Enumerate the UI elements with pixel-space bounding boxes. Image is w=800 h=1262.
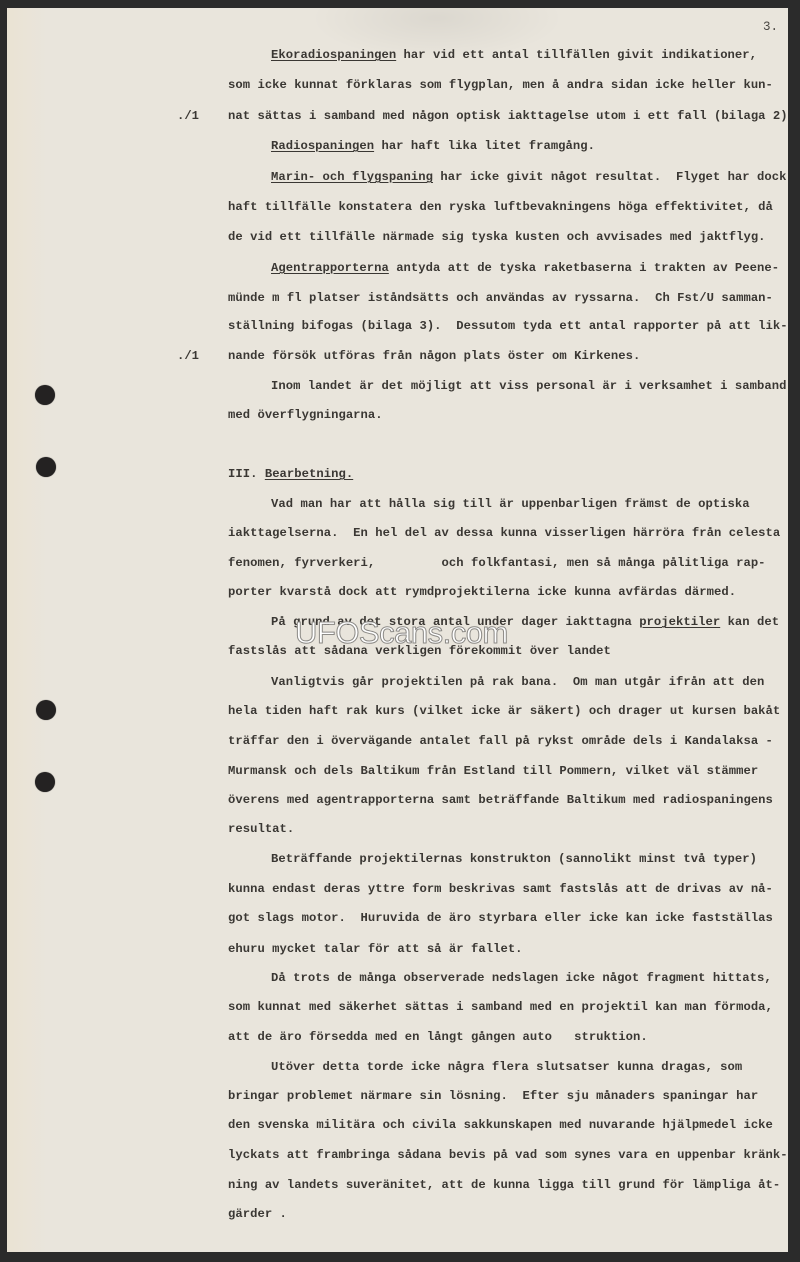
line-text: den svenska militära och civila sakkunsk… [228, 1118, 773, 1132]
line-text: hela tiden haft rak kurs (vilket icke är… [228, 704, 780, 718]
text-line: hela tiden haft rak kurs (vilket icke är… [228, 703, 780, 719]
line-text: de vid ett tillfälle närmade sig tyska k… [228, 230, 766, 244]
underlined-heading: Ekoradiospaningen [271, 48, 396, 62]
line-text: Beträffande projektilernas konstrukton (… [271, 852, 757, 866]
line-text: Inom landet är det möjligt att viss pers… [271, 379, 786, 393]
line-text: gärder . [228, 1207, 287, 1221]
text-line: som kunnat med säkerhet sättas i samband… [228, 999, 773, 1015]
text-line: Radiospaningen har haft lika litet framg… [271, 138, 595, 154]
line-text: iakttagelserna. En hel del av dessa kunn… [228, 526, 780, 540]
line-text: som kunnat med säkerhet sättas i samband… [228, 1000, 773, 1014]
line-text: nande försök utföras från någon plats ös… [228, 349, 640, 363]
line-text: kunna endast deras yttre form beskrivas … [228, 882, 773, 896]
text-line: bringar problemet närmare sin lösning. E… [228, 1088, 758, 1104]
line-text: nat sättas i samband med någon optisk ia… [228, 109, 788, 123]
punch-hole [35, 772, 55, 792]
line-text: got slags motor. Huruvida de äro styrbar… [228, 911, 773, 925]
margin-reference-mark: ./1 [177, 348, 199, 364]
text-line: som icke kunnat förklaras som flygplan, … [228, 77, 773, 93]
line-text: kan det [720, 615, 779, 629]
underlined-heading: Bearbetning. [265, 467, 353, 481]
watermark: UFOScans.com [295, 615, 508, 651]
text-line: Beträffande projektilernas konstrukton (… [271, 851, 757, 867]
margin-reference-mark: ./1 [177, 108, 199, 124]
text-line: resultat. [228, 821, 294, 837]
document-page: 3. Ekoradiospaningen har vid ett antal t… [7, 8, 788, 1252]
line-text: porter kvarstå dock att rymdprojektilern… [228, 585, 736, 599]
text-line: nat sättas i samband med någon optisk ia… [228, 108, 788, 124]
line-text: fenomen, fyrverkeri, och folkfantasi, me… [228, 556, 766, 570]
line-text: haft tillfälle konstatera den ryska luft… [228, 200, 773, 214]
line-text: III. [228, 467, 265, 481]
text-line: haft tillfälle konstatera den ryska luft… [228, 199, 773, 215]
underlined-heading: Marin- och flygspaning [271, 170, 433, 184]
line-text: ning av landets suveränitet, att de kunn… [228, 1178, 780, 1192]
line-text: ställning bifogas (bilaga 3). Dessutom t… [228, 319, 788, 333]
text-line: Marin- och flygspaning har icke givit nå… [271, 169, 786, 185]
text-line: got slags motor. Huruvida de äro styrbar… [228, 910, 773, 926]
text-line: lyckats att frambringa sådana bevis på v… [228, 1147, 788, 1163]
text-line: iakttagelserna. En hel del av dessa kunn… [228, 525, 780, 541]
line-text: har vid ett antal tillfällen givit indik… [396, 48, 757, 62]
line-text: med överflygningarna. [228, 408, 383, 422]
line-text: Vad man har att hålla sig till är uppenb… [271, 497, 750, 511]
line-text: Murmansk och dels Baltikum från Estland … [228, 764, 758, 778]
page-number: 3. [763, 20, 778, 34]
line-text: att de äro försedda med en långt gången … [228, 1030, 648, 1044]
text-line: med överflygningarna. [228, 407, 383, 423]
text-line: Utöver detta torde icke några flera slut… [271, 1059, 742, 1075]
punch-hole [35, 385, 55, 405]
text-line: ställning bifogas (bilaga 3). Dessutom t… [228, 318, 788, 334]
line-text: münde m fl platser iståndsätts och använ… [228, 291, 773, 305]
line-text: resultat. [228, 822, 294, 836]
line-text: Då trots de många observerade nedslagen … [271, 971, 772, 985]
text-line: Murmansk och dels Baltikum från Estland … [228, 763, 758, 779]
line-text: antyda att de tyska raketbaserna i trakt… [389, 261, 779, 275]
line-text: Utöver detta torde icke några flera slut… [271, 1060, 742, 1074]
text-line: Vad man har att hålla sig till är uppenb… [271, 496, 750, 512]
text-line: Vanligtvis går projektilen på rak bana. … [271, 674, 764, 690]
text-line: Ekoradiospaningen har vid ett antal till… [271, 47, 757, 63]
text-line: ehuru mycket talar för att så är fallet. [228, 941, 523, 957]
underlined-heading: Agentrapporterna [271, 261, 389, 275]
punch-hole [36, 457, 56, 477]
line-text: har haft lika litet framgång. [374, 139, 595, 153]
text-line: träffar den i övervägande antalet fall p… [228, 733, 773, 749]
line-text: ehuru mycket talar för att så är fallet. [228, 942, 523, 956]
line-text: har icke givit något resultat. Flyget ha… [433, 170, 786, 184]
text-line: de vid ett tillfälle närmade sig tyska k… [228, 229, 766, 245]
line-text: träffar den i övervägande antalet fall p… [228, 734, 773, 748]
text-line: den svenska militära och civila sakkunsk… [228, 1117, 773, 1133]
text-line: münde m fl platser iståndsätts och använ… [228, 290, 773, 306]
text-line: fenomen, fyrverkeri, och folkfantasi, me… [228, 555, 766, 571]
line-text: bringar problemet närmare sin lösning. E… [228, 1089, 758, 1103]
text-line: Agentrapporterna antyda att de tyska rak… [271, 260, 779, 276]
line-text: Vanligtvis går projektilen på rak bana. … [271, 675, 764, 689]
text-line: gärder . [228, 1206, 287, 1222]
text-line: nande försök utföras från någon plats ös… [228, 348, 640, 364]
text-line: porter kvarstå dock att rymdprojektilern… [228, 584, 736, 600]
text-line: Inom landet är det möjligt att viss pers… [271, 378, 786, 394]
line-text: som icke kunnat förklaras som flygplan, … [228, 78, 773, 92]
underlined-heading: projektiler [639, 615, 720, 629]
text-line: III. Bearbetning. [228, 466, 353, 482]
underlined-heading: Radiospaningen [271, 139, 374, 153]
line-text: överens med agentrapporterna samt beträf… [228, 793, 773, 807]
text-line: ning av landets suveränitet, att de kunn… [228, 1177, 780, 1193]
text-line: överens med agentrapporterna samt beträf… [228, 792, 773, 808]
line-text: lyckats att frambringa sådana bevis på v… [228, 1148, 788, 1162]
text-line: att de äro försedda med en långt gången … [228, 1029, 648, 1045]
text-line: kunna endast deras yttre form beskrivas … [228, 881, 773, 897]
punch-hole [36, 700, 56, 720]
text-line: Då trots de många observerade nedslagen … [271, 970, 772, 986]
